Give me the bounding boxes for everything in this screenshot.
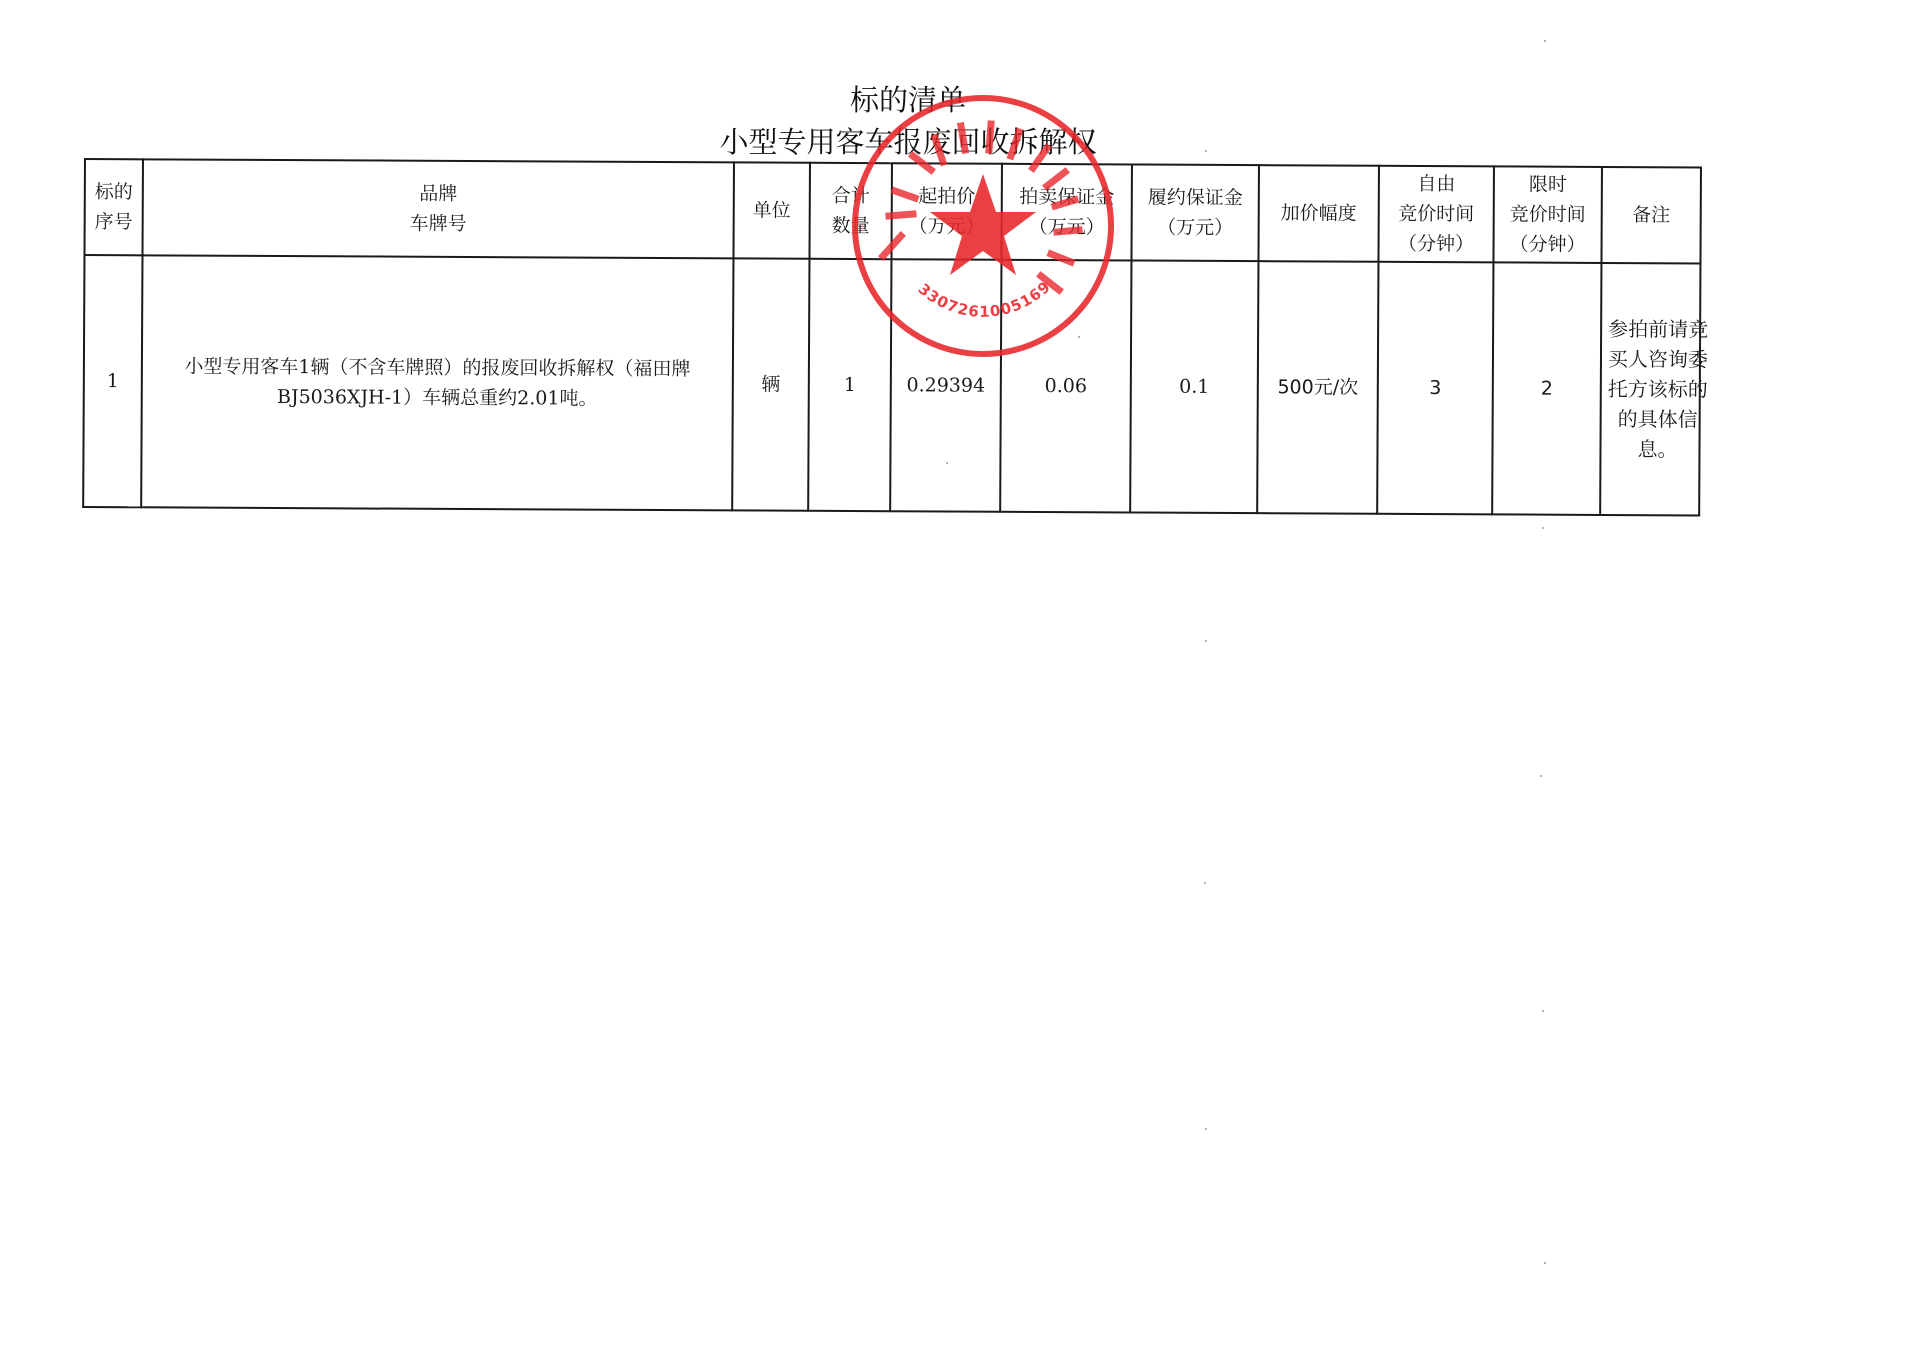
- bid-list-sheet: 标的 序号 品牌 车牌号 单位 合计 数量 起拍价 （万元） 拍卖保证金 （万元…: [82, 158, 1700, 516]
- scan-speck: [1205, 150, 1207, 152]
- cell-bid-increment: 500元/次: [1257, 261, 1378, 514]
- cell-index: 1: [83, 255, 142, 507]
- scan-speck: [1544, 40, 1546, 42]
- header-quantity: 合计 数量: [809, 163, 892, 259]
- cell-quantity: 1: [808, 259, 891, 511]
- header-bid-increment: 加价幅度: [1258, 165, 1379, 262]
- header-index: 标的 序号: [84, 159, 143, 255]
- scan-speck: [1078, 336, 1080, 338]
- cell-description: 小型专用客车1辆（不含车牌照）的报废回收拆解权（福田牌BJ5036XJH-1）车…: [141, 255, 733, 510]
- cell-starting-price: 0.29394: [890, 259, 1001, 512]
- scan-speck: [1544, 1262, 1546, 1264]
- scan-speck: [1204, 882, 1206, 884]
- scan-speck: [1205, 1128, 1207, 1130]
- cell-performance-deposit: 0.1: [1130, 260, 1258, 513]
- cell-free-bidding-minutes: 3: [1377, 262, 1493, 515]
- header-starting-price: 起拍价 （万元）: [891, 163, 1002, 260]
- header-unit: 单位: [733, 162, 810, 258]
- document-subtitle: 小型专用客车报废回收拆解权: [0, 120, 1868, 161]
- document-page: 标的清单 小型专用客车报废回收拆解权 标的 序号 品牌 车牌号: [0, 0, 1920, 1358]
- table-header-row: 标的 序号 品牌 车牌号 单位 合计 数量 起拍价 （万元） 拍卖保证金 （万元…: [84, 159, 1700, 263]
- header-performance-deposit: 履约保证金 （万元）: [1131, 164, 1259, 261]
- scan-speck: [1540, 775, 1542, 777]
- bid-list-table: 标的 序号 品牌 车牌号 单位 合计 数量 起拍价 （万元） 拍卖保证金 （万元…: [82, 158, 1702, 516]
- scan-speck: [1205, 640, 1207, 642]
- cell-unit: 辆: [732, 258, 809, 510]
- remark-text: 参拍前请竞买人咨询委托方该标的的具体信息。: [1607, 314, 1708, 465]
- document-title: 标的清单: [0, 78, 1868, 119]
- scan-speck: [1542, 527, 1544, 529]
- cell-auction-deposit: 0.06: [1000, 260, 1131, 513]
- header-auction-deposit: 拍卖保证金 （万元）: [1001, 164, 1132, 261]
- cell-remark: 参拍前请竞买人咨询委托方该标的的具体信息。: [1600, 263, 1700, 516]
- cell-timed-bidding-minutes: 2: [1492, 262, 1601, 515]
- header-brand-plate: 品牌 车牌号: [142, 159, 733, 258]
- table-row: 1 小型专用客车1辆（不含车牌照）的报废回收拆解权（福田牌BJ5036XJH-1…: [83, 255, 1700, 515]
- header-free-bidding-time: 自由 竞价时间 （分钟）: [1378, 166, 1494, 263]
- header-timed-bidding-time: 限时 竞价时间 （分钟）: [1493, 166, 1602, 263]
- scan-speck: [1542, 1010, 1544, 1012]
- header-remark: 备注: [1601, 167, 1701, 264]
- scan-speck: [946, 462, 948, 464]
